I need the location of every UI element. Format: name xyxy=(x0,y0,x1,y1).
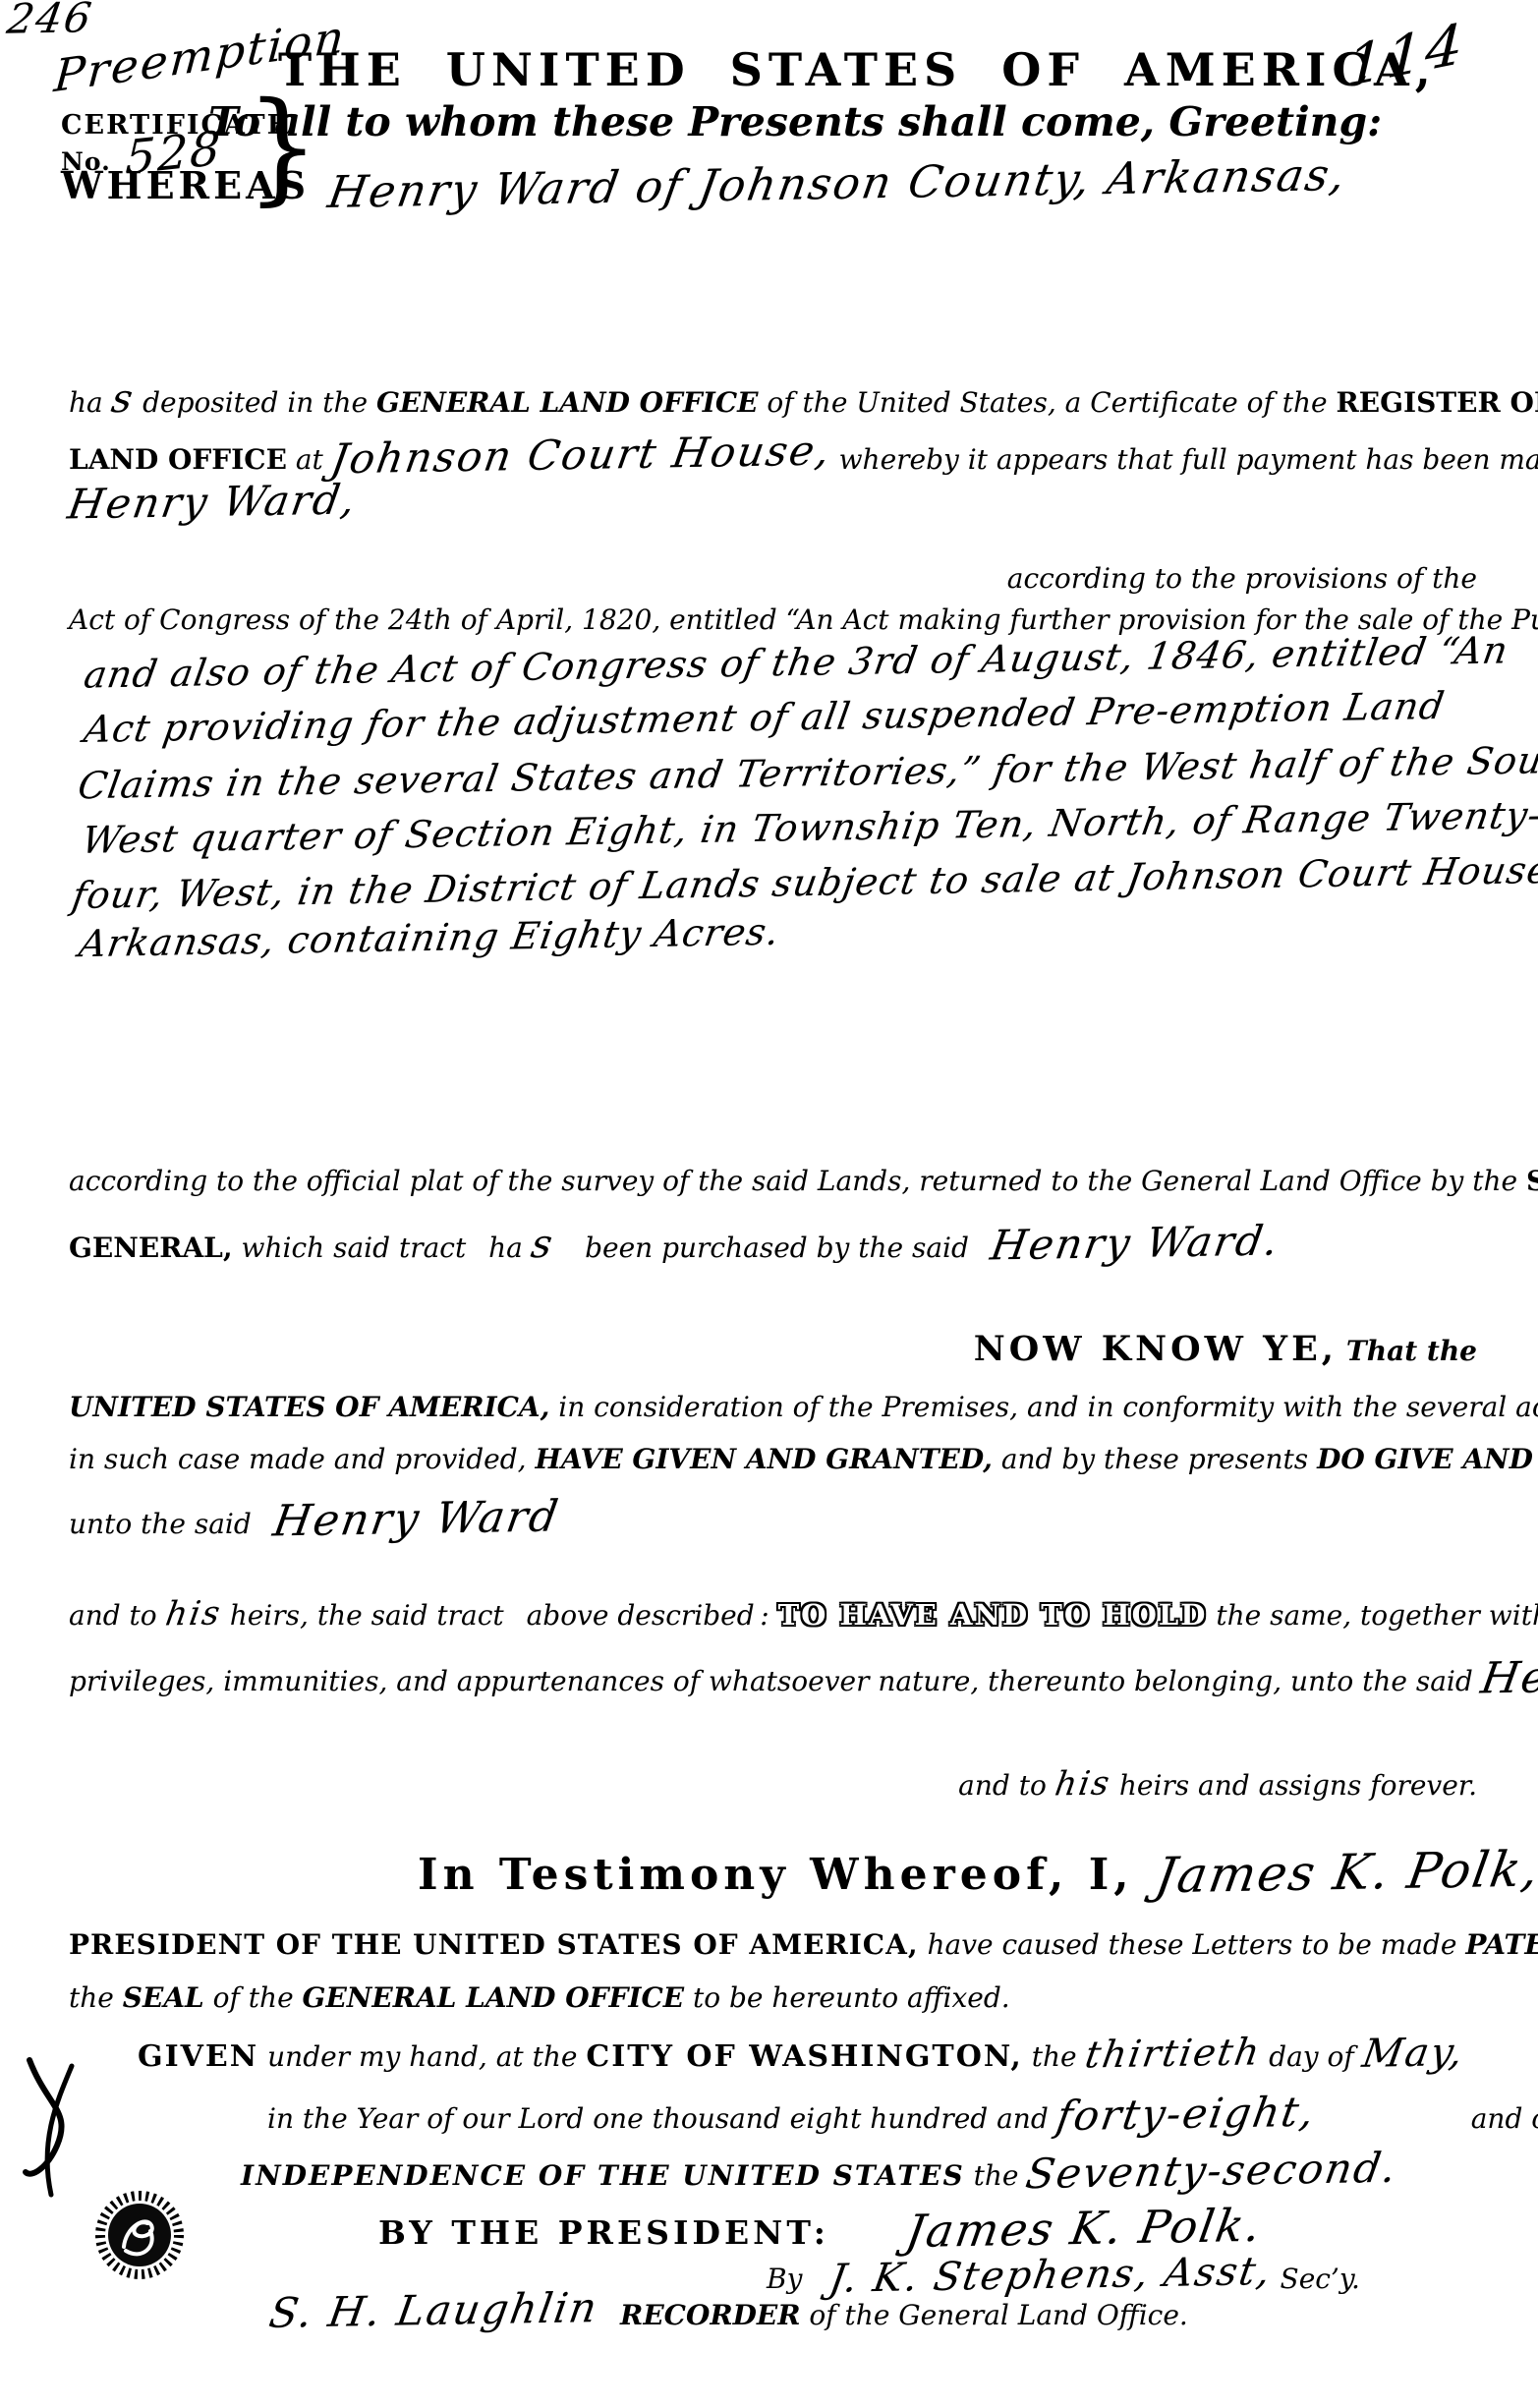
document-title: THE UNITED STATES OF AMERICA, xyxy=(278,43,1437,96)
text-land-office: LAND OFFICE xyxy=(69,443,287,476)
handwritten-president-name: James K. Polk, xyxy=(1152,1841,1538,1905)
text-the-same: the same, together with all the rights, xyxy=(1216,1599,1538,1632)
deposit-line-2: LAND OFFICE at Johnson Court House, wher… xyxy=(69,430,1538,479)
handwritten-grantee-name: Henry Ward xyxy=(269,1491,562,1546)
year-line: in the Year of our Lord one thousand eig… xyxy=(267,2090,1538,2138)
text-general-land-office: GENERAL LAND OFFICE xyxy=(376,386,759,419)
land-patent-document: 246 Preemption CERTIFICATE No. 528 } 114… xyxy=(0,0,1538,2408)
x-flourish-mark xyxy=(18,2052,86,2204)
deposit-line-3: Henry Ward, xyxy=(69,478,357,526)
text-patent: PATENT, xyxy=(1465,1928,1538,1961)
handwritten-grantee-name-2: Henry Ward xyxy=(1477,1648,1538,1703)
handwritten-president-signature: James K. Polk. xyxy=(902,2199,1266,2258)
habendum-line-2: privileges, immunities, and appurtenance… xyxy=(69,1651,1538,1701)
text-do-give: DO GIVE AND GRANT, xyxy=(1317,1443,1538,1475)
text-been-purchased: been purchased by the said xyxy=(562,1232,992,1264)
deposit-line-1: ha s deposited in the GENERAL LAND OFFIC… xyxy=(69,376,1538,422)
according-provisions-line: according to the provisions of the xyxy=(1007,562,1477,595)
text-of-united-states: of the United States, a Certificate of t… xyxy=(767,386,1336,419)
text-privileges: privileges, immunities, and appurtenance… xyxy=(69,1665,1482,1697)
handwritten-independence-year: Seventy-second. xyxy=(1023,2144,1401,2199)
text-deposited: deposited in the xyxy=(142,386,376,419)
grant-line-2: in such case made and provided, HAVE GIV… xyxy=(69,1443,1538,1475)
salutation: To all to whom these Presents shall come… xyxy=(208,98,1382,145)
text-official-plat: according to the official plat of the su… xyxy=(69,1165,1526,1197)
given-label: GIVEN xyxy=(138,2039,258,2074)
text-and-to-2: and to xyxy=(958,1769,1055,1802)
general-land-office-seal-icon xyxy=(94,2190,185,2280)
text-recorder-word: RECORDER xyxy=(620,2299,800,2331)
handwritten-year: forty-eight, xyxy=(1053,2088,1319,2141)
seal-line: the SEAL of the GENERAL LAND OFFICE to b… xyxy=(69,1981,1010,2014)
text-at: at xyxy=(296,443,332,476)
forever-line: and to his heirs and assigns forever. xyxy=(958,1764,1477,1804)
now-know-ye-label: NOW KNOW YE, xyxy=(974,1329,1338,1369)
handwritten-description-line-5: four, West, in the District of Lands sub… xyxy=(69,848,1538,917)
whereas-line: WHEREAS Henry Ward of Johnson County, Ar… xyxy=(61,157,1345,209)
text-the-word-2: the xyxy=(1032,2040,1086,2073)
general-land-office-seal xyxy=(94,2190,185,2284)
handwritten-his-2: his xyxy=(1052,1764,1113,1805)
handwritten-description-line-6: Arkansas, containing Eighty Acres. xyxy=(76,910,782,965)
text-register-of-the: REGISTER OF ·THE xyxy=(1336,386,1538,419)
text-and-of-the: and of the xyxy=(1471,2102,1538,2135)
text-to-have-and-to-hold: TO HAVE AND TO HOLD xyxy=(778,1598,1208,1632)
handwritten-purchaser-name: Henry Ward. xyxy=(988,1216,1283,1269)
text-under-my-hand: under my hand, at the xyxy=(267,2040,586,2073)
in-testimony-label: In Testimony Whereof, I, xyxy=(418,1850,1134,1900)
plat-line-2: GENERAL, which said tract ha s been purc… xyxy=(69,1219,1279,1267)
text-affixed: to be hereunto affixed. xyxy=(693,1981,1010,2014)
handwritten-s: s xyxy=(108,376,138,422)
text-have-given: HAVE GIVEN AND GRANTED, xyxy=(535,1443,992,1475)
text-general: GENERAL, xyxy=(69,1232,233,1264)
text-ha: ha xyxy=(69,386,103,419)
handwritten-day: thirtieth xyxy=(1082,2030,1264,2076)
handwritten-recorder-signature: S. H. Laughlin xyxy=(266,2283,602,2337)
handwritten-description-line-2: Act providing for the adjustment of all … xyxy=(81,684,1448,751)
text-recorder-rest: of the General Land Office. xyxy=(809,2299,1187,2331)
text-have-caused: have caused these Letters to be made xyxy=(927,1928,1465,1961)
given-line: GIVEN under my hand, at the CITY OF WASH… xyxy=(138,2031,1463,2076)
text-surveyor: SURVEYOR xyxy=(1526,1165,1538,1197)
text-which-said-tract: which said tract ha xyxy=(242,1232,532,1264)
text-independence: INDEPENDENCE OF THE UNITED STATES xyxy=(241,2159,965,2192)
text-usa: UNITED STATES OF AMERICA, xyxy=(69,1391,549,1423)
text-year: in the Year of our Lord one thousand eig… xyxy=(267,2102,1057,2135)
testimony-line: In Testimony Whereof, I, James K. Polk, xyxy=(418,1844,1538,1901)
text-unto-the-said: unto the said xyxy=(69,1508,274,1540)
handwritten-month: May, xyxy=(1359,2030,1467,2077)
handwritten-his-1: his xyxy=(162,1594,224,1634)
plat-line-1: according to the official plat of the su… xyxy=(69,1165,1538,1197)
whereas-label: WHEREAS xyxy=(61,163,310,207)
text-whereby: whereby it appears that full payment has… xyxy=(839,443,1538,476)
text-of-the: of the xyxy=(213,1981,303,2014)
grant-line-3: unto the said Henry Ward xyxy=(69,1494,558,1544)
city-of-washington-label: CITY OF WASHINGTON, xyxy=(586,2039,1023,2074)
now-know-ye-line: NOW KNOW YE, That the xyxy=(974,1329,1477,1369)
grant-line-1: UNITED STATES OF AMERICA, in considerati… xyxy=(69,1391,1538,1423)
text-secy: Sec’y. xyxy=(1281,2263,1360,2295)
x-flourish-icon xyxy=(18,2052,86,2200)
text-heirs-tract: heirs, the said tract above described : xyxy=(230,1599,778,1632)
text-consideration: in consideration of the Premises, and in… xyxy=(558,1391,1538,1423)
independence-line: INDEPENDENCE OF THE UNITED STATES the Se… xyxy=(241,2147,1397,2195)
handwritten-payer-name: Henry Ward, xyxy=(65,475,361,528)
president-line: PRESIDENT OF THE UNITED STATES OF AMERIC… xyxy=(69,1928,1538,1961)
handwritten-s-2: s xyxy=(528,1222,557,1267)
text-president-of: PRESIDENT OF THE UNITED STATES OF AMERIC… xyxy=(69,1928,919,1961)
text-forever: heirs and assigns forever. xyxy=(1119,1769,1477,1802)
text-in-such-case: in such case made and provided, xyxy=(69,1443,535,1475)
text-general-land-office-2: GENERAL LAND OFFICE xyxy=(303,1981,685,2014)
page-number: 246 xyxy=(4,0,96,43)
text-and-by-presents: and by these presents xyxy=(1001,1443,1317,1475)
text-according-provisions: according to the provisions of the xyxy=(1007,562,1477,595)
text-and-to: and to xyxy=(69,1599,166,1632)
text-that-the: That the xyxy=(1346,1335,1477,1367)
text-the-word: the xyxy=(69,1981,123,2014)
text-the-word-3: the xyxy=(974,2159,1028,2192)
by-the-president-label: BY THE PRESIDENT: xyxy=(378,2213,829,2252)
grantee-name-inline: Henry Ward of Johnson County, Arkansas, xyxy=(324,148,1350,218)
recorder-line: S. H. Laughlin RECORDER of the General L… xyxy=(270,2286,1188,2334)
by-the-president-line: BY THE PRESIDENT: James K. Polk. xyxy=(378,2202,1261,2255)
text-day-of: day of xyxy=(1269,2040,1362,2073)
text-seal-word: SEAL xyxy=(123,1981,204,2014)
habendum-line-1: and to his heirs, the said tract above d… xyxy=(69,1594,1538,1634)
handwritten-land-office-place: Johnson Court House, xyxy=(327,427,834,484)
